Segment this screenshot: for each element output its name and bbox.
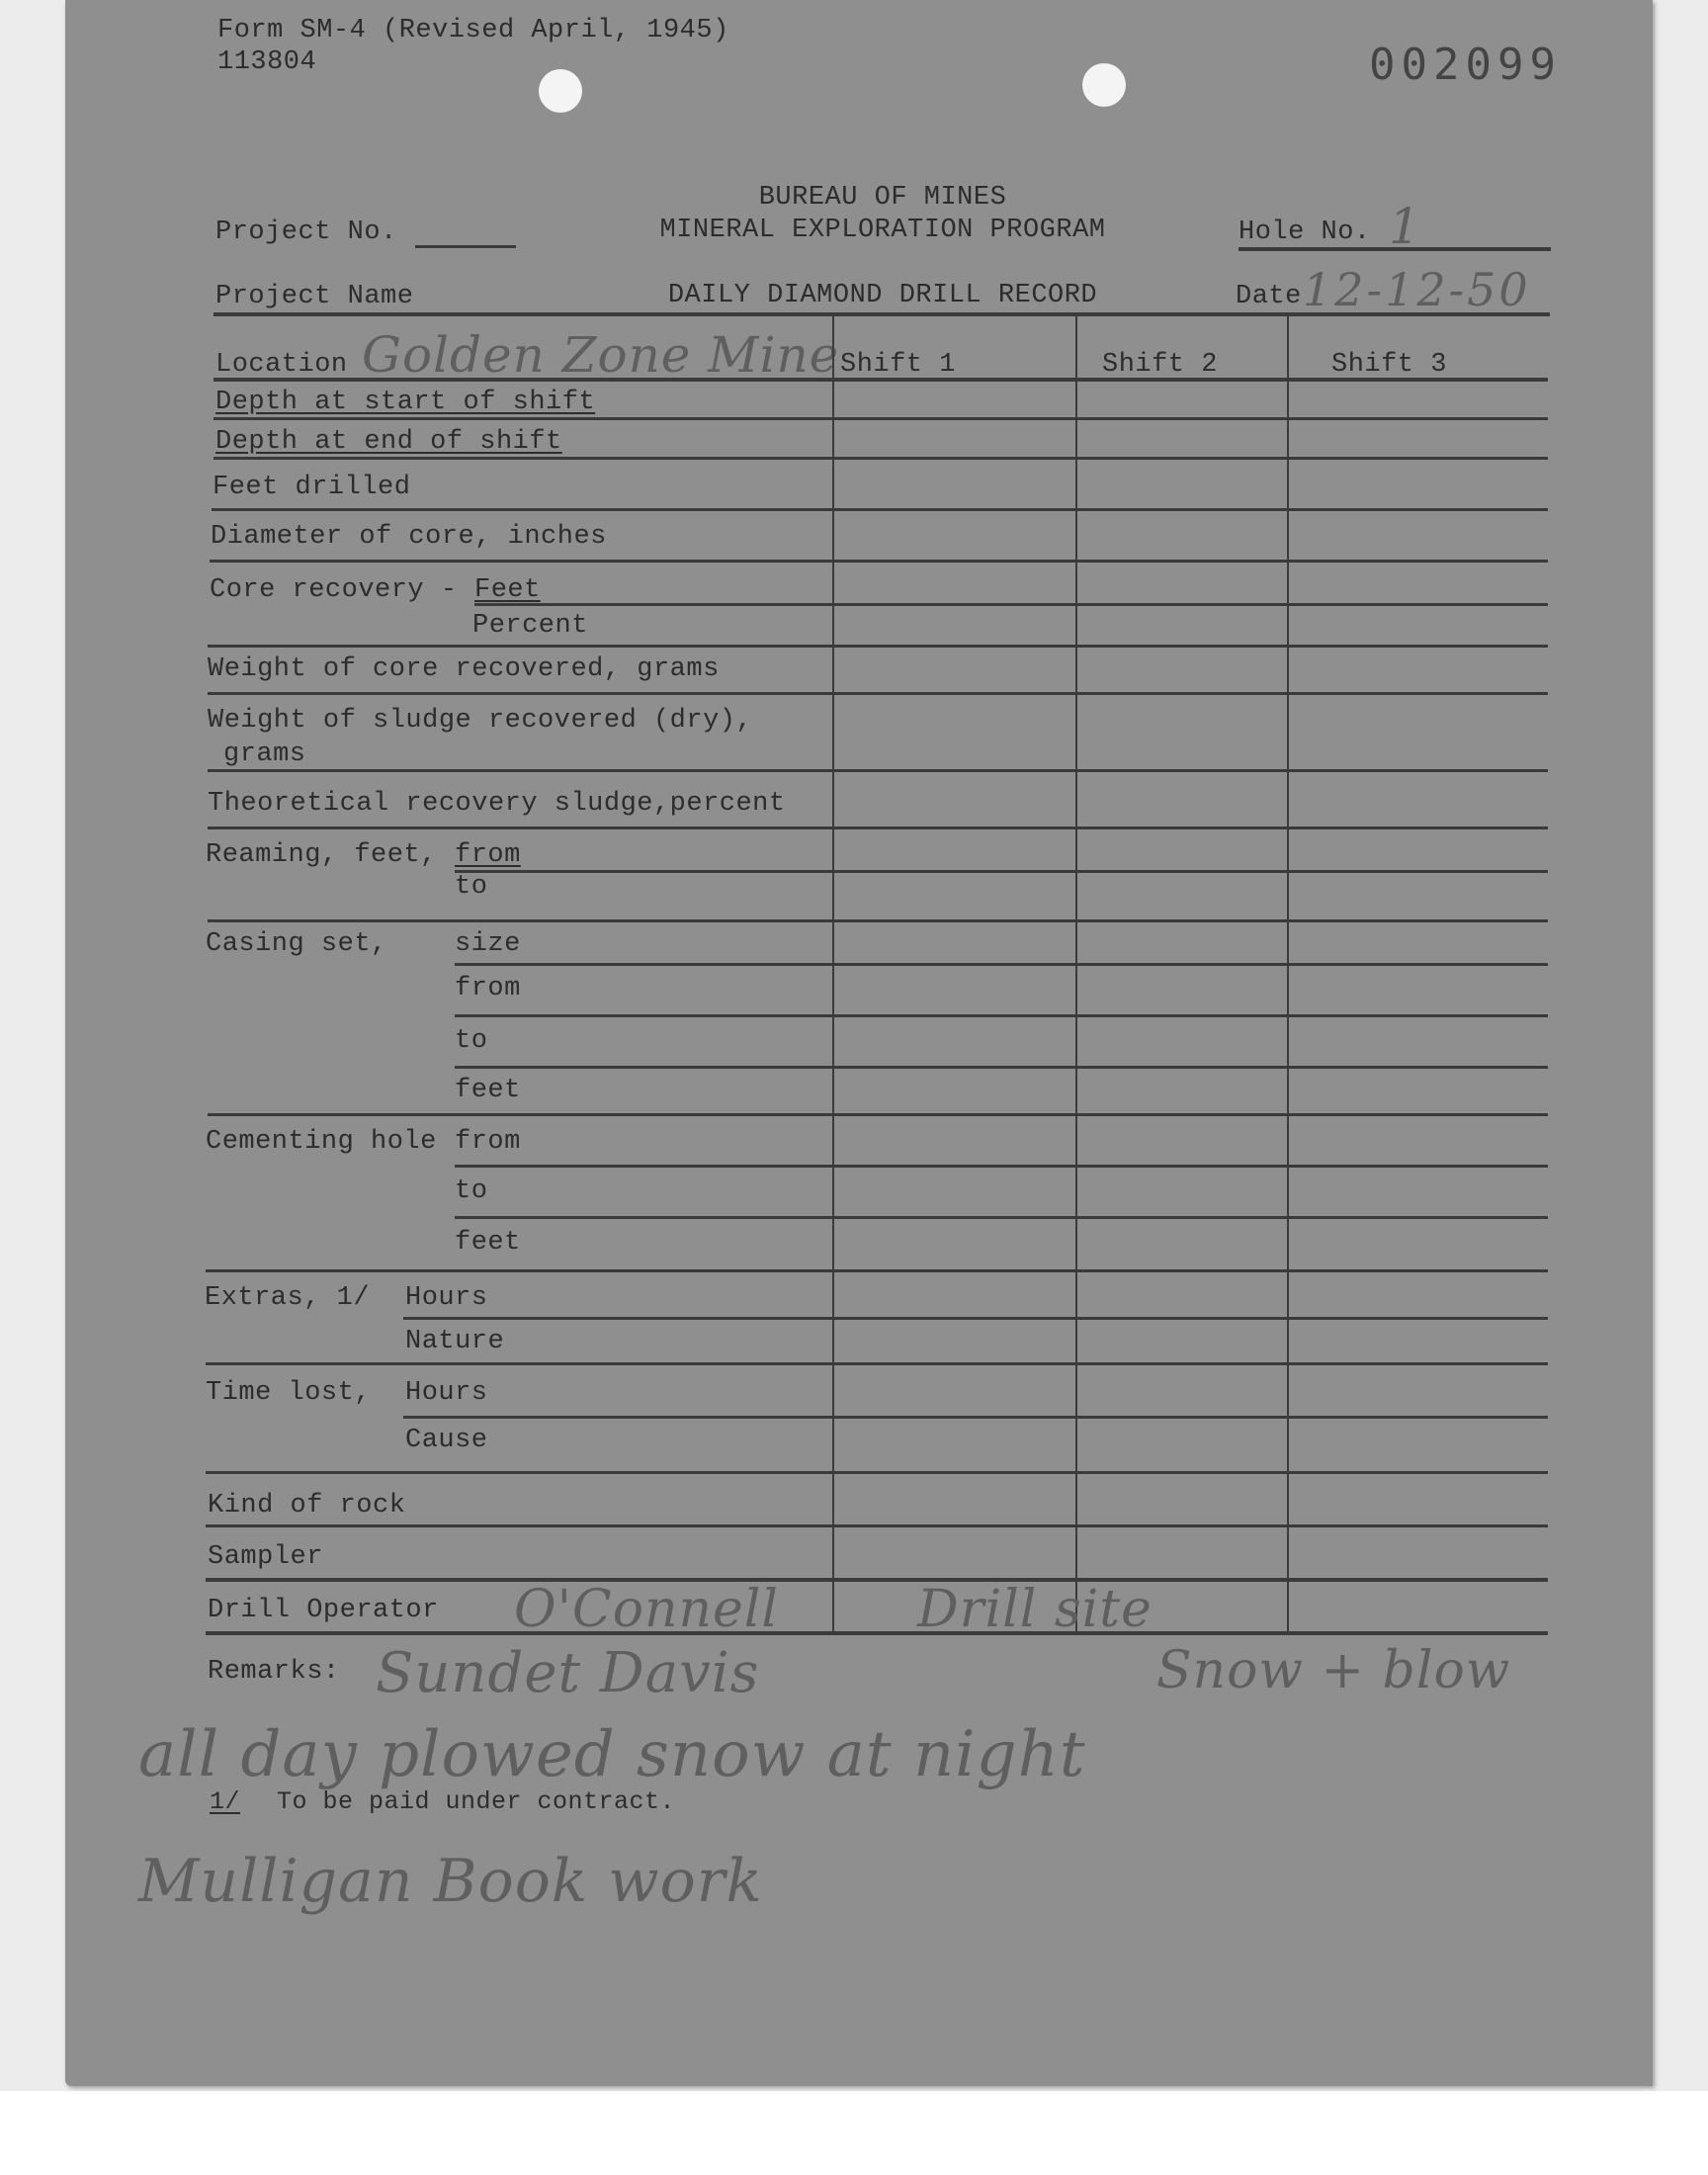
row-rule — [206, 1578, 1548, 1582]
row-rule — [455, 1165, 1548, 1168]
remarks-line1-names[interactable]: Sundet Davis — [376, 1641, 759, 1705]
row-rule — [455, 1014, 1548, 1017]
remarks-label: Remarks: — [208, 1657, 340, 1687]
drill-operator-value[interactable]: O'Connell — [514, 1580, 779, 1639]
punch-hole-left — [539, 69, 582, 113]
date-value[interactable]: 12-12-50 — [1303, 263, 1531, 316]
stamp-number: 002099 — [1369, 40, 1562, 90]
row-label-sludge-weight: Weight of sludge recovered (dry), — [208, 706, 752, 736]
row-label-reaming: Reaming, feet, — [206, 840, 437, 870]
row-label-sludge-weight-unit: grams — [223, 739, 306, 769]
row-label-feet-drilled: Feet drilled — [213, 473, 410, 502]
project-name-label: Project Name — [215, 282, 413, 311]
row-rule — [206, 1524, 1548, 1527]
row-rule — [206, 1362, 1548, 1365]
footnote-marker: 1/ — [210, 1787, 240, 1816]
column-divider-3 — [1287, 316, 1289, 1631]
row-sub-time-lost-hours: Hours — [405, 1378, 488, 1408]
row-sub-extras-nature: Nature — [405, 1327, 504, 1356]
column-divider-1 — [832, 316, 834, 1631]
row-sub-core-percent: Percent — [472, 611, 588, 641]
row-label-time-lost: Time lost, — [206, 1378, 371, 1408]
row-label-core-weight: Weight of core recovered, grams — [208, 654, 720, 684]
row-sub-casing-size: size — [455, 929, 521, 959]
row-rule — [455, 1066, 1548, 1069]
row-rule — [213, 417, 1548, 420]
drill-operator-location-note[interactable]: Drill site — [917, 1580, 1153, 1639]
column-divider-2 — [1075, 316, 1077, 1631]
row-sub-reaming-to: to — [455, 872, 487, 902]
date-label: Date — [1236, 282, 1302, 311]
row-label-sampler: Sampler — [208, 1542, 323, 1572]
row-rule — [208, 769, 1548, 772]
row-sub-core-feet: Feet — [474, 575, 541, 605]
row-sub-time-lost-cause: Cause — [405, 1426, 488, 1455]
row-rule — [403, 1317, 1548, 1320]
row-sub-cementing-feet: feet — [455, 1228, 521, 1258]
remarks-line2[interactable]: all day plowed snow at night — [138, 1718, 1086, 1791]
hole-no-underline — [1238, 247, 1551, 251]
column-header-shift-3: Shift 3 — [1331, 350, 1447, 380]
reference-number: 113804 — [217, 47, 316, 77]
cell-depth-start-shift-2[interactable] — [1077, 382, 1287, 417]
row-rule — [208, 919, 1548, 922]
agency-title: BUREAU OF MINES — [759, 183, 1007, 213]
row-sub-cementing-from: from — [455, 1127, 521, 1157]
row-label-casing-set: Casing set, — [206, 929, 387, 959]
column-header-shift-1: Shift 1 — [840, 350, 956, 380]
row-rule — [208, 826, 1548, 829]
form-id: Form SM-4 (Revised April, 1945) — [217, 16, 729, 45]
location-value[interactable]: Golden Zone Mine — [362, 326, 839, 384]
row-rule — [210, 560, 1548, 563]
project-no-field[interactable] — [415, 245, 516, 248]
program-title: MINERAL EXPLORATION PROGRAM — [660, 216, 1106, 245]
row-sub-reaming-from: from — [455, 840, 521, 870]
remarks-line3[interactable]: Mulligan Book work — [138, 1847, 763, 1916]
row-label-cementing-hole: Cementing hole — [206, 1127, 437, 1157]
row-rule — [206, 1631, 1548, 1635]
row-rule — [455, 870, 1548, 873]
hole-no-label: Hole No. — [1238, 217, 1371, 247]
row-rule — [206, 1471, 1548, 1474]
footnote-text: To be paid under contract. — [277, 1787, 675, 1816]
header-rule — [213, 312, 1550, 316]
row-label-extras: Extras, 1/ — [205, 1283, 370, 1313]
row-rule — [455, 1216, 1548, 1219]
project-no-label: Project No. — [215, 217, 397, 247]
column-header-shift-2: Shift 2 — [1102, 350, 1218, 380]
punch-hole-right — [1082, 63, 1126, 107]
row-label-core-recovery: Core recovery - — [210, 575, 458, 605]
record-title: DAILY DIAMOND DRILL RECORD — [668, 281, 1097, 310]
row-sub-casing-to: to — [455, 1026, 487, 1056]
row-label-depth-start: Depth at start of shift — [215, 388, 595, 417]
row-rule — [213, 457, 1548, 460]
remarks-line1-weather[interactable]: Snow + blow — [1156, 1641, 1510, 1700]
row-rule — [206, 1269, 1548, 1272]
row-sub-cementing-to: to — [455, 1176, 487, 1206]
row-label-depth-end: Depth at end of shift — [215, 427, 562, 457]
row-label-theoretical-recovery: Theoretical recovery sludge,percent — [208, 789, 786, 819]
row-rule — [403, 1416, 1548, 1419]
row-sub-casing-from: from — [455, 974, 521, 1003]
row-rule — [474, 603, 1548, 606]
row-label-kind-of-rock: Kind of rock — [208, 1491, 405, 1521]
cell-depth-start-shift-1[interactable] — [834, 382, 1075, 417]
row-rule — [455, 963, 1548, 966]
row-label-drill-operator: Drill Operator — [208, 1596, 439, 1625]
row-rule — [208, 645, 1548, 648]
row-rule — [208, 1113, 1548, 1116]
row-rule — [212, 508, 1548, 511]
location-label: Location — [215, 350, 348, 380]
cell-depth-start-shift-3[interactable] — [1289, 382, 1548, 417]
row-sub-casing-feet: feet — [455, 1076, 521, 1105]
row-label-core-diameter: Diameter of core, inches — [211, 522, 607, 552]
row-rule — [208, 692, 1548, 695]
row-sub-extras-hours: Hours — [405, 1283, 488, 1313]
